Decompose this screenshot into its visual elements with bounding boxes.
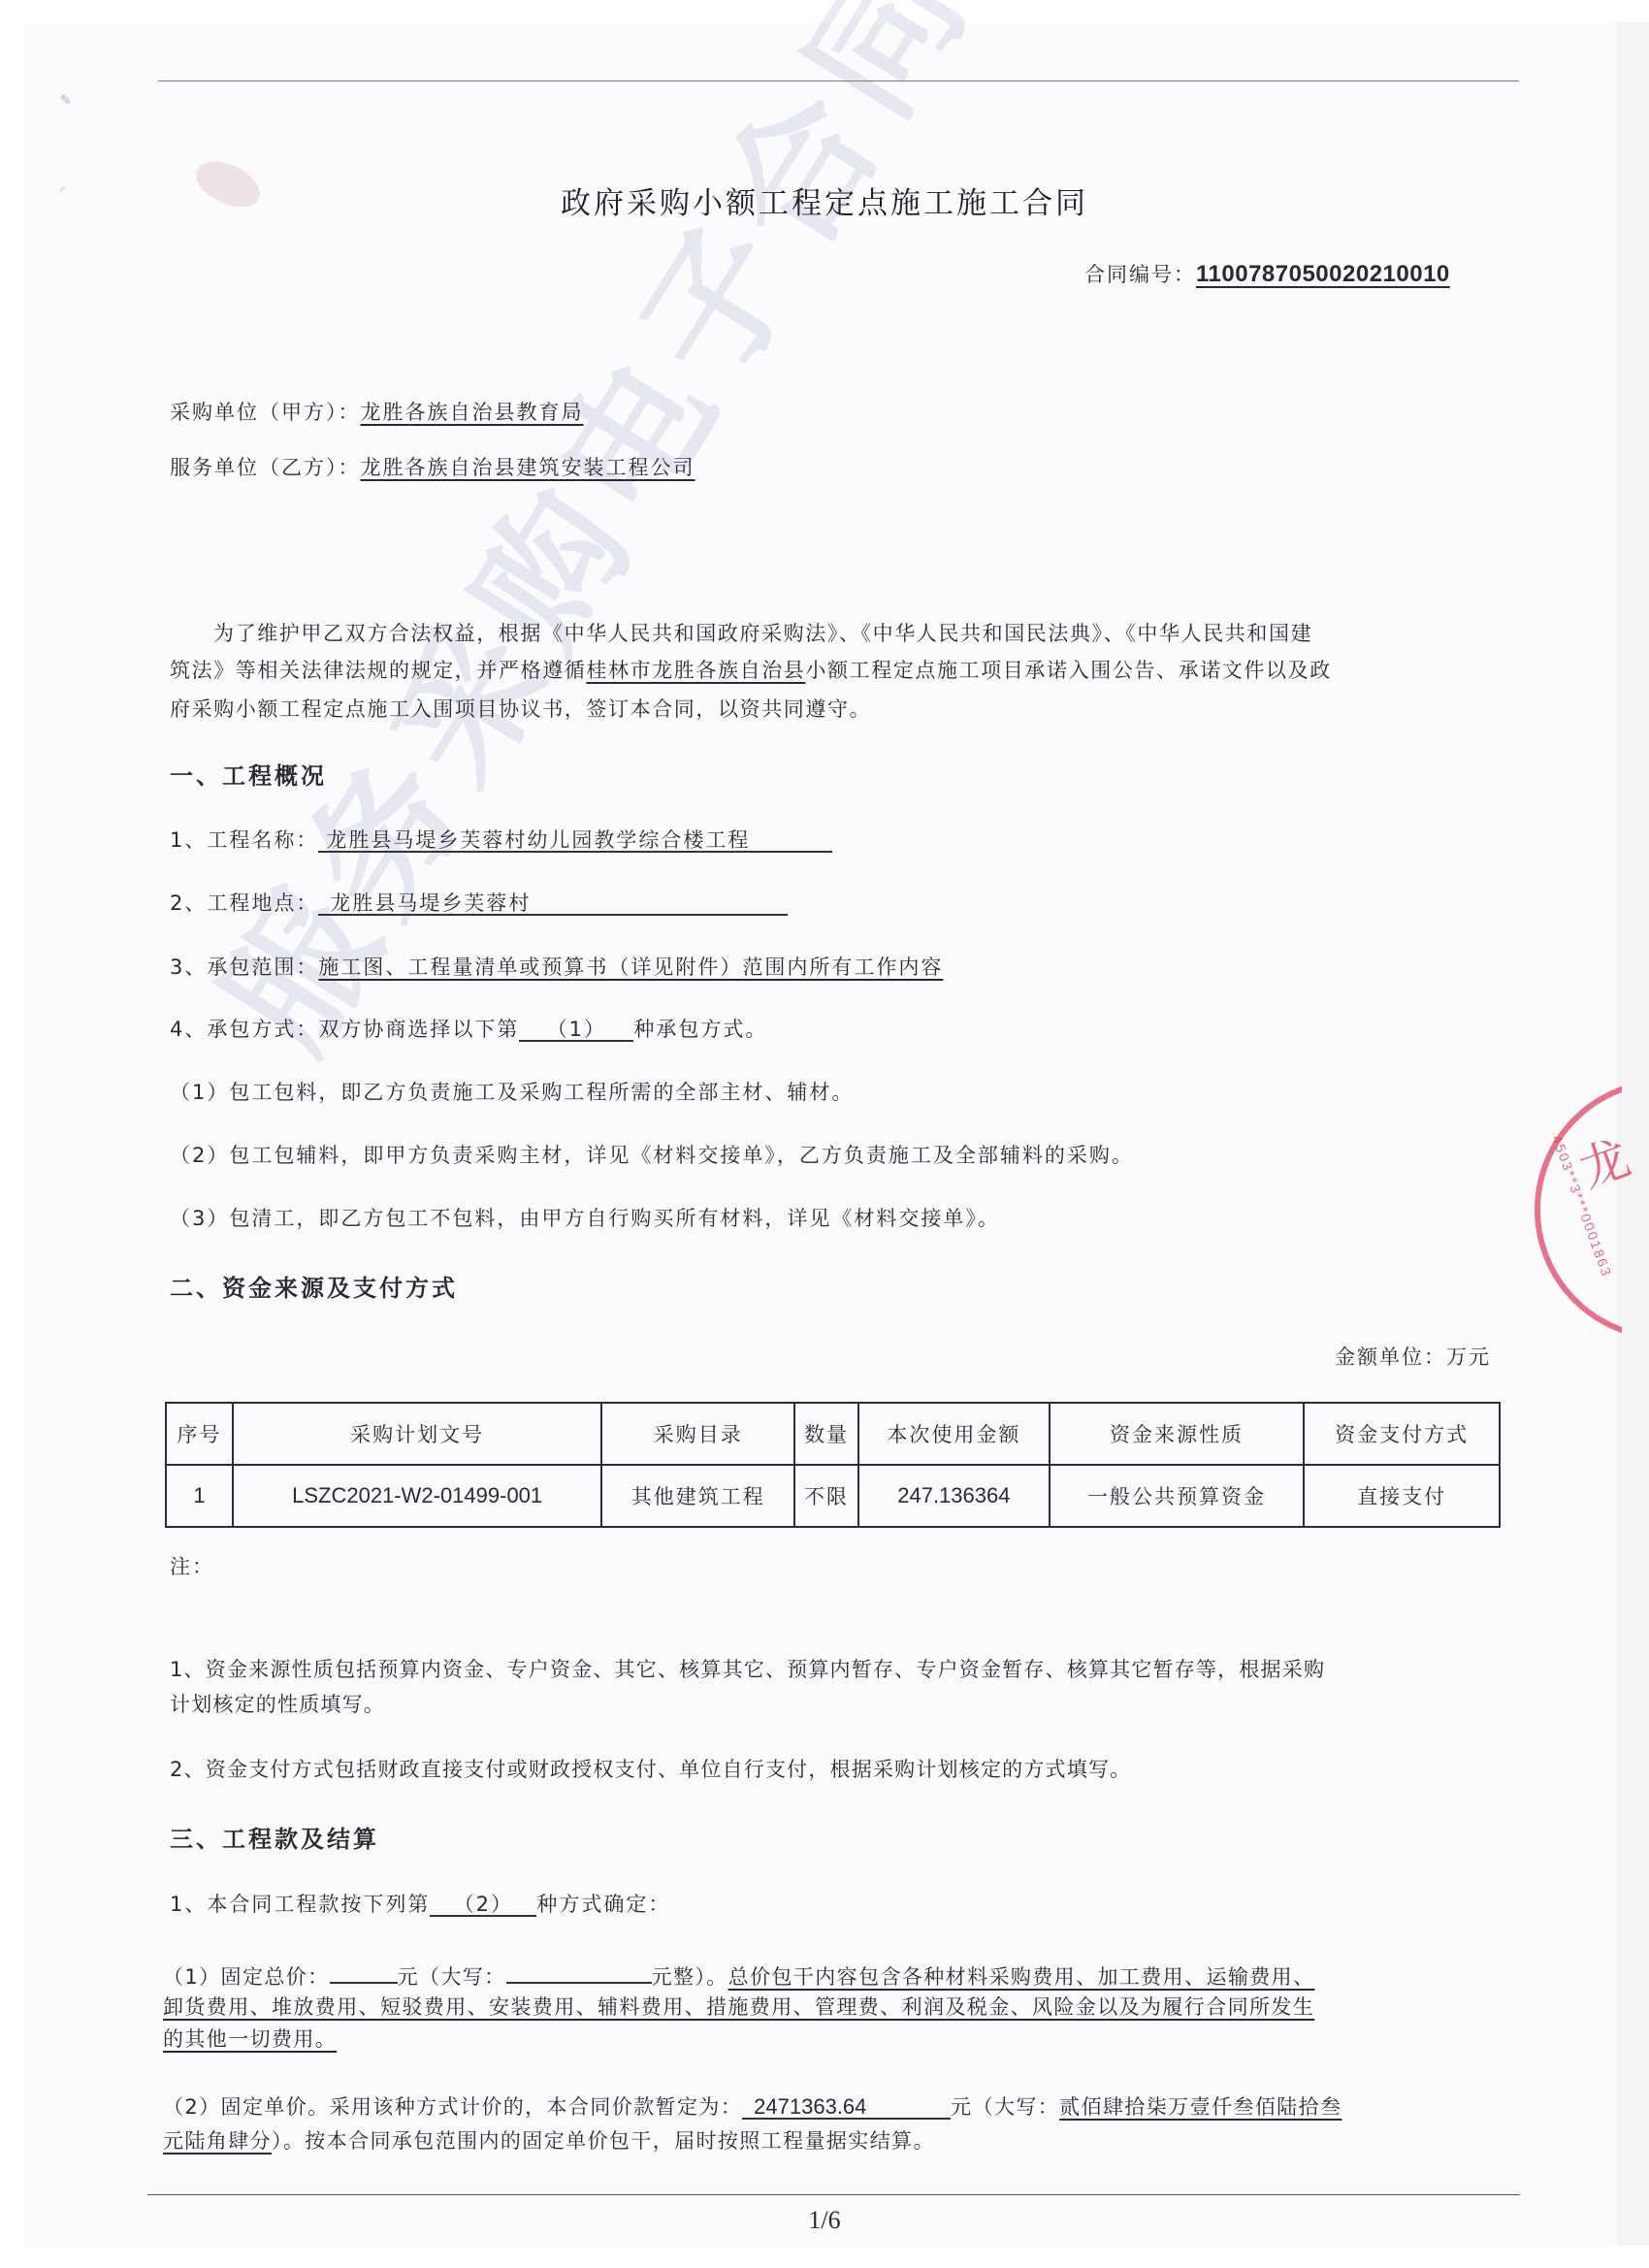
contract-number-label: 合同编号： bbox=[1084, 263, 1196, 286]
preamble-line-2: 筑法》等相关法律法规的规定，并严格遵循桂林市龙胜各族自治县小额工程定点施工项目承… bbox=[170, 656, 1332, 685]
note-1-line-2: 计划核定的性质填写。 bbox=[170, 1690, 385, 1719]
mode-option-1: （1）包工包料，即乙方负责施工及采购工程所需的全部主材、辅材。 bbox=[170, 1078, 854, 1107]
unit-price-settlement: ）。按本合同承包范围内的固定单价包干，届时按照工程量据实结算。 bbox=[272, 2129, 935, 2153]
fixed-total-line-1: （1）固定总价：元（大写：元整）。总价包干内容包含各种材料采购费用、加工费用、运… bbox=[163, 1957, 1314, 1992]
contract-price: 2471363.64 bbox=[742, 2094, 866, 2119]
page-title: 政府采购小额工程定点施工施工合同 bbox=[0, 178, 1649, 222]
preamble-text: 小额工程定点施工项目承诺入围公告、承诺文件以及政 bbox=[805, 659, 1331, 682]
col-header: 本次使用金额 bbox=[858, 1403, 1050, 1465]
contract-price-upper: 贰佰肆拾柒万壹仟叁佰陆拾叁 bbox=[1059, 2095, 1342, 2119]
fixed-total-text: 元整）。 bbox=[652, 1965, 728, 1989]
preamble-text: 筑法》等相关法律法规的规定，并严格遵循 bbox=[170, 659, 586, 682]
contract-mode-choice: （1） bbox=[547, 1018, 606, 1041]
cell-index: 1 bbox=[166, 1465, 233, 1527]
unit-price-text: 元（大写： bbox=[951, 2095, 1059, 2119]
table-row: 1 LSZC2021-W2-01499-001 其他建筑工程 不限 247.13… bbox=[166, 1465, 1500, 1527]
section-1-heading: 一、工程概况 bbox=[170, 757, 327, 791]
binding-mark: ✎ bbox=[60, 93, 72, 109]
project-location-row: 2、工程地点：龙胜县马堤乡芙蓉村 bbox=[170, 889, 788, 918]
note-2: 2、资金支付方式包括财政直接支付或财政授权支付、单位自行支付，根据采购计划核定的… bbox=[170, 1755, 1131, 1784]
preamble-line-3: 府采购小额工程定点施工入围项目协议书，签订本合同，以资共同遵守。 bbox=[170, 695, 871, 724]
payment-method-row: 1、本合同工程款按下列第（2）种方式确定： bbox=[170, 1890, 670, 1919]
fixed-total-text: 元（大写： bbox=[398, 1965, 506, 1989]
col-header: 数量 bbox=[794, 1403, 858, 1465]
provider-label: 服务单位（乙方）： bbox=[170, 456, 361, 479]
fixed-total-scope: 总价包干内容包含各种材料采购费用、加工费用、运输费用、 bbox=[728, 1965, 1315, 1989]
contract-mode-suffix: 种承包方式。 bbox=[633, 1018, 767, 1041]
fixed-total-line-2: 卸货费用、堆放费用、短驳费用、安装费用、辅料费用、措施费用、管理费、利润及税金、… bbox=[163, 1993, 1314, 2022]
payment-method-label: 1、本合同工程款按下列第 bbox=[170, 1893, 430, 1916]
project-name-label: 1、工程名称： bbox=[170, 828, 318, 852]
note-label: 注： bbox=[170, 1552, 214, 1581]
cell-catalog: 其他建筑工程 bbox=[601, 1465, 794, 1527]
funding-table: 序号 采购计划文号 采购目录 数量 本次使用金额 资金来源性质 资金支付方式 1… bbox=[165, 1402, 1501, 1528]
contract-mode-row: 4、承包方式：双方协商选择以下第（1）种承包方式。 bbox=[170, 1015, 767, 1044]
provider-row: 服务单位（乙方）：龙胜各族自治县建筑安装工程公司 bbox=[170, 453, 695, 482]
buyer-name: 龙胜各族自治县教育局 bbox=[361, 401, 584, 424]
provider-name: 龙胜各族自治县建筑安装工程公司 bbox=[361, 456, 695, 479]
section-2-heading: 二、资金来源及支付方式 bbox=[170, 1269, 458, 1303]
col-header: 序号 bbox=[166, 1403, 233, 1465]
fixed-total-line-3: 的其他一切费用。 bbox=[163, 2025, 337, 2054]
col-header: 资金支付方式 bbox=[1304, 1403, 1500, 1465]
project-name: 龙胜县马堤乡芙蓉村幼儿园教学综合楼工程 bbox=[326, 828, 750, 852]
scope-label: 3、承包范围： bbox=[170, 956, 318, 979]
contract-number-row: 合同编号：1100787050020210010 bbox=[1084, 260, 1450, 289]
header-rule bbox=[158, 81, 1519, 81]
buyer-row: 采购单位（甲方）：龙胜各族自治县教育局 bbox=[170, 398, 584, 427]
preamble-region: 桂林市龙胜各族自治县 bbox=[586, 659, 805, 682]
buyer-label: 采购单位（甲方）： bbox=[170, 401, 361, 424]
contract-number: 1100787050020210010 bbox=[1196, 261, 1450, 287]
cell-payment-method: 直接支付 bbox=[1304, 1465, 1500, 1527]
section-3-heading: 三、工程款及结算 bbox=[170, 1820, 379, 1854]
cell-fund-source: 一般公共预算资金 bbox=[1050, 1465, 1305, 1527]
scope: 施工图、工程量清单或预算书（详见附件）范围内所有工作内容 bbox=[318, 956, 943, 979]
note-1-line-1: 1、资金来源性质包括预算内资金、专户资金、其它、核算其它、预算内暂存、专户资金暂… bbox=[170, 1655, 1325, 1684]
table-header-row: 序号 采购计划文号 采购目录 数量 本次使用金额 资金来源性质 资金支付方式 bbox=[166, 1403, 1500, 1465]
contract-mode-label: 4、承包方式：双方协商选择以下第 bbox=[170, 1018, 519, 1041]
col-header: 资金来源性质 bbox=[1050, 1403, 1305, 1465]
col-header: 采购计划文号 bbox=[233, 1403, 601, 1465]
footer-rule bbox=[147, 2194, 1520, 2195]
unit-price-line-1: （2）固定单价。采用该种方式计价的，本合同价款暂定为：2471363.64元（大… bbox=[163, 2092, 1342, 2122]
cell-quantity: 不限 bbox=[794, 1465, 858, 1527]
payment-method-choice: （2） bbox=[454, 1893, 513, 1916]
project-location: 龙胜县马堤乡芙蓉村 bbox=[330, 891, 531, 915]
contract-price-upper-cont: 元陆角肆分 bbox=[163, 2129, 272, 2153]
amount-unit-note: 金额单位：万元 bbox=[1335, 1343, 1491, 1372]
fixed-total-label: （1）固定总价： bbox=[163, 1965, 330, 1989]
mode-option-2: （2）包工包辅料，即甲方负责采购主材，详见《材料交接单》，乙方负责施工及全部辅料… bbox=[170, 1141, 1134, 1170]
col-header: 采购目录 bbox=[601, 1403, 794, 1465]
cell-amount: 247.136364 bbox=[858, 1465, 1050, 1527]
unit-price-label: （2）固定单价。采用该种方式计价的，本合同价款暂定为： bbox=[163, 2095, 742, 2119]
preamble-line-1: 为了维护甲乙双方合法权益，根据《中华人民共和国政府采购法》、《中华人民共和国民法… bbox=[213, 619, 1312, 648]
mode-option-3: （3）包清工，即乙方包工不包料，由甲方自行购买所有材料，详见《材料交接单》。 bbox=[170, 1204, 1000, 1233]
page-number: 1/6 bbox=[0, 2206, 1649, 2235]
scope-row: 3、承包范围：施工图、工程量清单或预算书（详见附件）范围内所有工作内容 bbox=[170, 953, 943, 982]
project-name-row: 1、工程名称：龙胜县马堤乡芙蓉村幼儿园教学综合楼工程 bbox=[170, 826, 832, 855]
project-location-label: 2、工程地点： bbox=[170, 891, 318, 915]
unit-price-line-2: 元陆角肆分）。按本合同承包范围内的固定单价包干，届时按照工程量据实结算。 bbox=[163, 2126, 935, 2155]
cell-plan-number: LSZC2021-W2-01499-001 bbox=[233, 1465, 601, 1527]
payment-method-suffix: 种方式确定： bbox=[536, 1893, 670, 1916]
